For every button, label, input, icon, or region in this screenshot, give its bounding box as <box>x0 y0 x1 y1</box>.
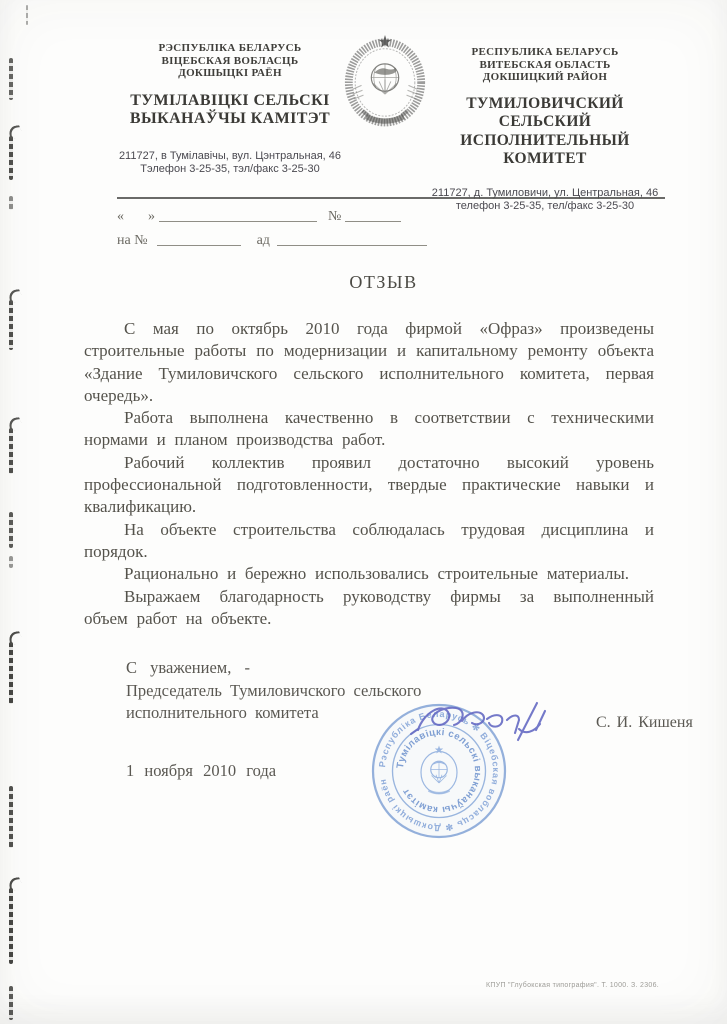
binding-mark <box>9 58 13 100</box>
open-quote: « <box>117 209 124 224</box>
region-line-ru: ВИТЕБСКАЯ ОБЛАСТЬ <box>418 59 672 72</box>
address-by: 211727, в Тумілавічы, вул. Цэнтральная, … <box>114 150 346 164</box>
body-paragraph: На объекте строительства соблюдалась тру… <box>84 519 654 564</box>
letterhead-divider-rule <box>117 197 665 199</box>
ad-label: ад <box>257 233 270 248</box>
binding-mark <box>9 556 13 568</box>
date-number-line: «» № <box>117 207 401 225</box>
document-date: 1 ноября 2010 года <box>126 761 276 781</box>
binding-mark <box>9 300 13 350</box>
binding-mark <box>9 642 13 704</box>
reply-reference-line: на № ад <box>117 231 427 249</box>
reply-number-blank-line <box>157 231 241 246</box>
binding-mark <box>9 786 13 848</box>
letterhead-russian-column: РЕСПУБЛИКА БЕЛАРУСЬ ВИТЕБСКАЯ ОБЛАСТЬ ДО… <box>418 46 672 214</box>
salutation: С уважением, - <box>126 657 421 680</box>
body-paragraph: Рационально и бережно использовались стр… <box>84 563 654 585</box>
handwritten-signature <box>406 698 564 752</box>
region-line-by: ВІЦЕБСКАЯ ВОБЛАСЦЬ <box>114 55 346 68</box>
document-title: ОТЗЫВ <box>0 272 727 293</box>
letterhead-belarusian-column: РЭСПУБЛІКА БЕЛАРУСЬ ВІЦЕБСКАЯ ВОБЛАСЦЬ Д… <box>114 42 346 177</box>
org-name-ru-line1: ТУМИЛОВИЧСКИЙ СЕЛЬСКИЙ <box>418 95 672 132</box>
country-line-by: РЭСПУБЛІКА БЕЛАРУСЬ <box>114 42 346 55</box>
coat-of-arms-icon <box>341 32 429 127</box>
signer-name: С. И. Кишеня <box>596 714 693 732</box>
reply-date-blank-line <box>277 231 427 246</box>
printer-imprint: КПУП "Глубокская типография". Т. 1000. З… <box>486 982 659 989</box>
binding-mark <box>9 888 13 964</box>
binding-mark <box>26 5 28 25</box>
country-line-ru: РЕСПУБЛИКА БЕЛАРУСЬ <box>418 46 672 59</box>
phone-ru: телефон 3-25-35, тел/факс 3-25-30 <box>418 200 672 214</box>
district-line-by: ДОКШЫЦКІ РАЁН <box>114 67 346 80</box>
close-quote: » <box>148 209 155 224</box>
scanned-letter-page: РЭСПУБЛІКА БЕЛАРУСЬ ВІЦЕБСКАЯ ВОБЛАСЦЬ Д… <box>0 0 727 1024</box>
binding-mark <box>9 196 13 210</box>
binding-mark <box>9 512 13 548</box>
na-number-label: на № <box>117 233 148 248</box>
binding-mark <box>9 986 13 1020</box>
date-blank-line <box>159 207 317 222</box>
body-paragraph: Выражаем благодарность руководству фирмы… <box>84 586 654 631</box>
binding-mark <box>9 136 13 180</box>
number-label: № <box>328 209 341 224</box>
body-paragraph: Работа выполнена качественно в соответст… <box>84 407 654 452</box>
org-name-by-line2: ВЫКАНАЎЧЫ КАМІТЭТ <box>114 110 346 129</box>
binding-mark <box>9 428 13 474</box>
number-blank-line <box>345 207 401 222</box>
body-paragraph: Рабочий коллектив проявил достаточно выс… <box>84 452 654 519</box>
district-line-ru: ДОКШИЦКИЙ РАЙОН <box>418 71 672 84</box>
scan-edge-artifacts <box>0 0 26 1024</box>
document-body: С мая по октябрь 2010 года фирмой «Офраз… <box>84 318 654 630</box>
phone-by: Тэлефон 3-25-35, тэл/факс 3-25-30 <box>114 163 346 177</box>
org-name-ru-line2: ИСПОЛНИТЕЛЬНЫЙ КОМИТЕТ <box>418 132 672 169</box>
body-paragraph: С мая по октябрь 2010 года фирмой «Офраз… <box>84 318 654 407</box>
org-name-by-line1: ТУМІЛАВІЦКІ СЕЛЬСКІ <box>114 92 346 111</box>
